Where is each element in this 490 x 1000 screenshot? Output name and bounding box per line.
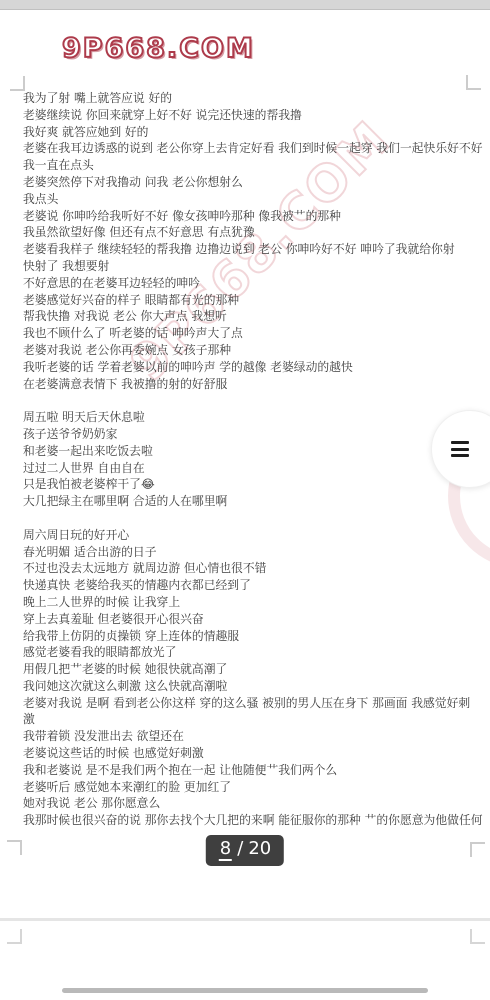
text-line: 我那时候也很兴奋的说 那你去找个大几把的来啊 能征服你的那种 艹的你愿意为他做任…: [23, 812, 488, 829]
page-separator: /: [237, 838, 243, 859]
text-line: 我问她这次就这么刺激 这么快就高潮啦: [23, 678, 488, 695]
text-line: 我也不顾什么了 听老婆的话 呻吟声大了点: [23, 325, 488, 342]
text-line: 周五啦 明天后天休息啦: [23, 409, 488, 426]
text-line: 孩子送爷爷奶奶家: [23, 426, 488, 443]
text-line: 在老婆满意表情下 我被撸的射的好舒服: [23, 376, 488, 393]
previous-page-edge: [0, 0, 490, 10]
text-line: 老婆突然停下对我撸动 问我 老公你想射么: [23, 174, 488, 191]
text-line: 穿上去真羞耻 但老婆很开心很兴奋: [23, 611, 488, 628]
page-corner-mark-top-right: [466, 75, 481, 90]
text-line: 老婆继续说 你回来就穿上好不好 说完还快速的帮我撸: [23, 107, 488, 124]
text-line: 我和老婆说 是不是我们两个抱在一起 让他随便艹我们两个么: [23, 762, 488, 779]
text-line: 不好意思的在老婆耳边轻轻的呻吟: [23, 275, 488, 292]
page-corner-mark-bottom-right: [470, 842, 485, 857]
text-line: 不过也没去太远地方 就周边游 但心情也很不错: [23, 560, 488, 577]
text-line: 春光明媚 适合出游的日子: [23, 544, 488, 561]
text-line: 快递真快 老婆给我买的情趣内衣都已经到了: [23, 577, 488, 594]
text-line: 周六周日玩的好开心: [23, 527, 488, 544]
text-line: 感觉老婆看我的眼睛都放光了: [23, 644, 488, 661]
page-corner-mark-bottom-left: [7, 840, 22, 855]
scroll-progress-bar[interactable]: [62, 988, 428, 993]
text-line: 老婆对我说 老公你再委婉点 女孩子那种: [23, 342, 488, 359]
text-line: 大几把绿主在哪里啊 合适的人在哪里啊: [23, 493, 488, 510]
current-page-number[interactable]: 8: [219, 838, 232, 861]
text-line: 快射了 我想要射: [23, 258, 488, 275]
text-line: 老婆说这些话的时候 也感觉好刺激: [23, 745, 488, 762]
text-line: 老婆在我耳边诱惑的说到 老公你穿上去肯定好看 我们到时候一起穿 我们一起快乐好不…: [23, 140, 488, 157]
page-divider: [0, 918, 490, 921]
page-corner-mark-top-left: [10, 76, 25, 91]
hamburger-icon: [451, 438, 469, 461]
text-line: 我为了射 嘴上就答应说 好的: [23, 90, 488, 107]
text-line: 老婆对我说 是啊 看到老公你这样 穿的这么骚 被别的男人压在身下 那画面 我感觉…: [23, 695, 488, 712]
total-pages: 20: [248, 838, 271, 859]
paragraph: 我为了射 嘴上就答应说 好的老婆继续说 你回来就穿上好不好 说完还快速的帮我撸我…: [23, 90, 488, 392]
text-line: 过过二人世界 自由自在: [23, 460, 488, 477]
text-line: 老婆感觉好兴奋的样子 眼睛都有光的那种: [23, 292, 488, 309]
page-text: 我为了射 嘴上就答应说 好的老婆继续说 你回来就穿上好不好 说完还快速的帮我撸我…: [23, 90, 488, 835]
next-page-corner-mark-left: [7, 929, 22, 944]
text-line: 老婆听后 感觉她本来潮红的脸 更加红了: [23, 779, 488, 796]
page-indicator-badge[interactable]: 8 / 20: [206, 835, 284, 866]
text-line: 我虽然欲望好像 但还有点不好意思 有点犹豫: [23, 224, 488, 241]
paragraph: 周五啦 明天后天休息啦孩子送爷爷奶奶家和老婆一起出来吃饭去啦过过二人世界 自由自…: [23, 409, 488, 510]
text-line: 老婆看我样子 继续轻轻的帮我撸 边撸边说到 老公 你呻吟好不好 呻吟了我就给你射: [23, 241, 488, 258]
text-line: 我听老婆的话 学着老婆以前的呻吟声 学的越像 老婆绿动的越快: [23, 359, 488, 376]
paragraph: 周六周日玩的好开心春光明媚 适合出游的日子不过也没去太远地方 就周边游 但心情也…: [23, 527, 488, 829]
text-line: 我一直在点头: [23, 157, 488, 174]
text-line: 老婆说 你呻吟给我听好不好 像女孩呻吟那种 像我被艹的那种: [23, 208, 488, 225]
text-line: 我带着锁 没发泄出去 欲望还在: [23, 728, 488, 745]
text-line: 帮我快撸 对我说 老公 你大声点 我想听: [23, 308, 488, 325]
text-line: 给我带上仿阴的贞操锁 穿上连体的情趣服: [23, 628, 488, 645]
text-line: 只是我怕被老婆榨干了😂: [23, 476, 488, 493]
text-line: 用假几把艹老婆的时候 她很快就高潮了: [23, 661, 488, 678]
text-line: 她对我说 老公 那你愿意么: [23, 795, 488, 812]
text-line: 我点头: [23, 191, 488, 208]
text-line: 激: [23, 711, 488, 728]
text-line: 和老婆一起出来吃饭去啦: [23, 443, 488, 460]
text-line: 我好爽 就答应她到 好的: [23, 124, 488, 141]
site-logo-watermark: 9P668.COM: [62, 33, 255, 64]
text-line: 晚上二人世界的时候 让我穿上: [23, 594, 488, 611]
next-page-corner-mark-right: [470, 929, 485, 944]
